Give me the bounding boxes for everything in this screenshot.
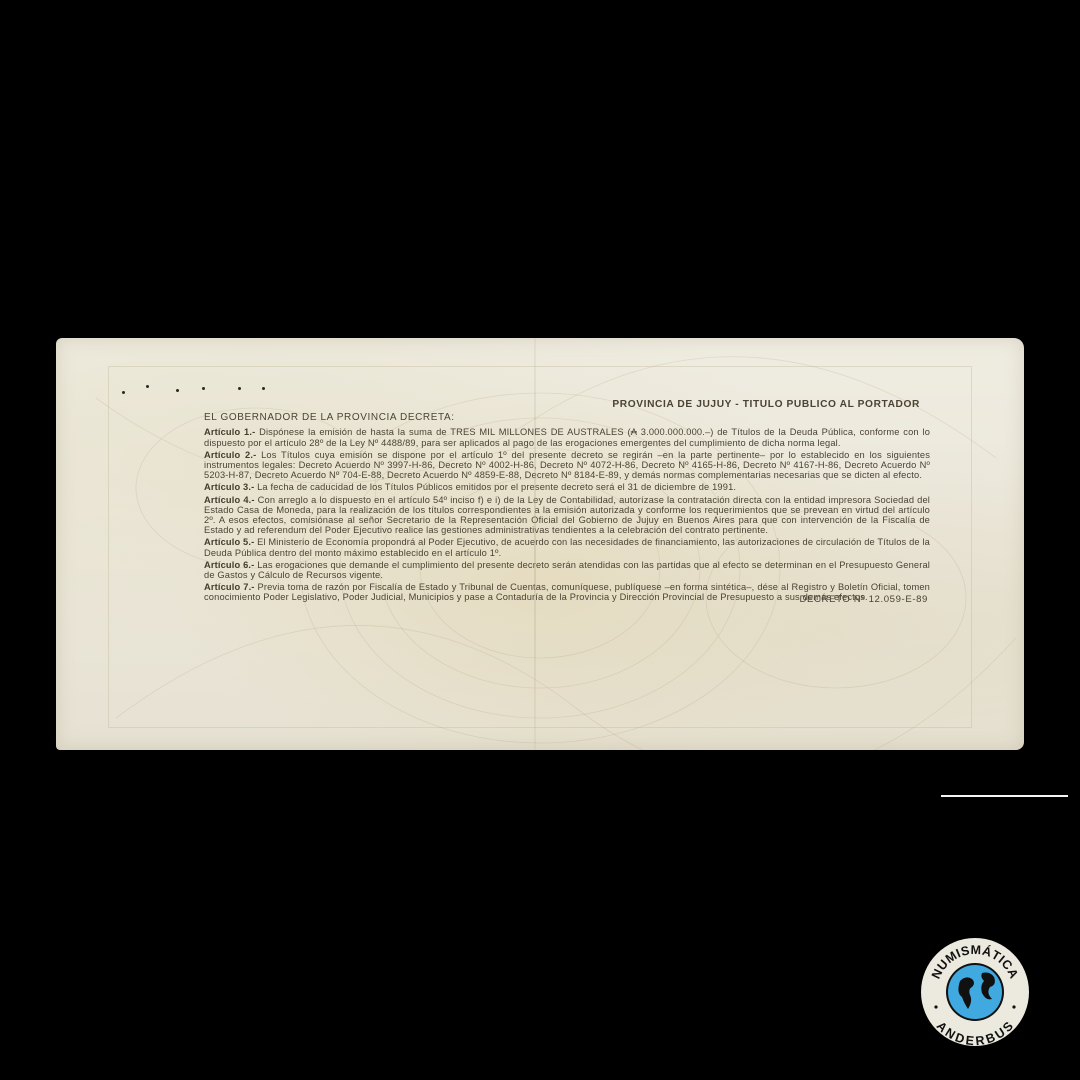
document-heading: EL GOBERNADOR DE LA PROVINCIA DECRETA: xyxy=(204,413,930,423)
article-label: Artículo 2.- xyxy=(204,450,256,460)
article-label: Artículo 1.- xyxy=(204,427,255,437)
article-label: Artículo 4.- xyxy=(204,495,255,505)
article-label: Artículo 6.- xyxy=(204,560,254,570)
article-label: Artículo 3.- xyxy=(204,482,254,492)
article-5: Artículo 5.- El Ministerio de Economía p… xyxy=(204,537,930,557)
article-text: Con arreglo a lo dispuesto en el artícul… xyxy=(204,495,930,536)
decree-text: PROVINCIA DE JUJUY - TITULO PUBLICO AL P… xyxy=(204,400,930,605)
article-4: Artículo 4.- Con arreglo a lo dispuesto … xyxy=(204,495,930,536)
articles-list: Artículo 1.- Dispónese la emisión de has… xyxy=(204,427,930,602)
divider-line xyxy=(941,795,1068,797)
article-6: Artículo 6.- Las erogaciones que demande… xyxy=(204,560,930,580)
numismatica-anderbus-logo: NUMISMÁTICA ANDERBUS xyxy=(920,937,1030,1047)
article-label: Artículo 7.- xyxy=(204,582,255,592)
article-1: Artículo 1.- Dispónese la emisión de has… xyxy=(204,427,930,447)
article-text: El Ministerio de Economía propondrá al P… xyxy=(204,537,930,557)
document-title: PROVINCIA DE JUJUY - TITULO PUBLICO AL P… xyxy=(204,400,930,410)
serial-dots xyxy=(116,381,276,401)
article-2: Artículo 2.- Los Títulos cuya emisión se… xyxy=(204,450,930,481)
article-text: La fecha de caducidad de los Títulos Púb… xyxy=(257,482,736,492)
banknote-reverse: PROVINCIA DE JUJUY - TITULO PUBLICO AL P… xyxy=(56,338,1024,750)
article-text: Las erogaciones que demande el cumplimie… xyxy=(204,560,930,580)
globe-icon xyxy=(948,965,1002,1019)
article-text: Dispónese la emisión de hasta la suma de… xyxy=(204,427,930,447)
article-text: Los Títulos cuya emisión se dispone por … xyxy=(204,450,930,480)
article-3: Artículo 3.- La fecha de caducidad de lo… xyxy=(204,482,930,492)
article-label: Artículo 5.- xyxy=(204,537,254,547)
